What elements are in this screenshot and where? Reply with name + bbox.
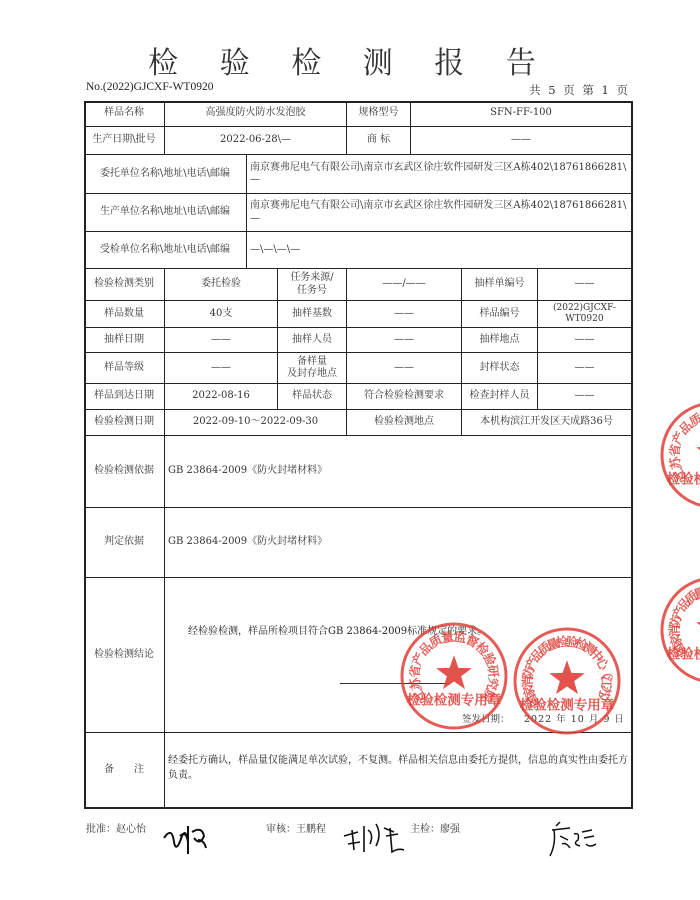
svg-text:国: 国	[670, 640, 689, 659]
sampling-form-no-label: 抽样单编号	[462, 269, 538, 301]
svg-text:品: 品	[676, 418, 696, 438]
conclusion-label: 检验检测结论	[84, 578, 165, 733]
sampling-date-label: 抽样日期	[84, 328, 165, 353]
sampling-place-label: 抽样地点	[462, 328, 538, 353]
backup-value: ——	[347, 353, 462, 384]
svg-text:产: 产	[669, 603, 688, 621]
sample-no-label: 样品编号	[462, 301, 538, 328]
spec-value: SFN-FF-100	[411, 101, 632, 127]
judge-basis-value: GB 23864-2009《防火封堵材料》	[165, 508, 632, 578]
seal-checker-value: ——	[538, 384, 632, 410]
arrival-date-label: 样品到达日期	[84, 384, 165, 410]
sample-qty-value: 40支	[165, 301, 278, 328]
inspector-label: 主检：廖强	[410, 820, 460, 835]
svg-text:检验检测专用章: 检验检测专用章	[667, 646, 700, 663]
sampling-date-value: ——	[165, 328, 278, 353]
sample-no-value: (2022)GJCXF-WT0920	[538, 301, 632, 328]
sampling-form-no-value: ——	[538, 269, 632, 301]
sample-state-label: 样品状态	[278, 384, 347, 410]
svg-text:家: 家	[667, 632, 685, 649]
svg-text:检验检测专用章: 检验检测专用章	[667, 471, 700, 488]
reviewer-signature	[340, 818, 415, 858]
sampling-place-value: ——	[538, 328, 632, 353]
svg-text:品: 品	[674, 594, 694, 614]
issue-date-label: 签发日期：	[462, 711, 510, 725]
sample-grade-label: 样品等级	[84, 353, 165, 384]
conclusion-area	[165, 578, 632, 733]
client-value: 南京赛弗尼电气有限公司\南京市玄武区徐庄软件园研发三区A栋402\1876186…	[247, 155, 632, 194]
svg-text:苏: 苏	[667, 455, 684, 471]
svg-text:江: 江	[670, 465, 690, 485]
spec-label: 规格型号	[347, 101, 411, 127]
test-date-label: 检验检测日期	[84, 410, 165, 436]
approver-label: 批准：赵心怡	[86, 820, 146, 835]
sampler-value: ——	[347, 328, 462, 353]
conclusion-text: 经检验检测，样品所检项目符合GB 23864-2009标准规定的要求。	[188, 622, 487, 637]
svg-text:质: 质	[682, 588, 700, 608]
sample-name-value: 高强度防火防水发泡胶	[165, 101, 347, 127]
sampling-base-label: 抽样基数	[278, 301, 347, 328]
arrival-date-value: 2022-08-16	[165, 384, 278, 410]
test-type-label: 检验检测类别	[84, 269, 165, 301]
inspected-unit-value: —\—\—\—	[247, 232, 632, 269]
task-source-label: 任务来源/任务号	[278, 269, 347, 301]
inspected-unit-label: 受检单位名称\地址\电话\邮编	[84, 232, 247, 269]
test-place-label: 检验检测地点	[347, 410, 462, 436]
sample-state-value: 符合检验检测要求	[347, 384, 462, 410]
production-date-label: 生产日期\批号	[84, 127, 165, 155]
sampler-label: 抽样人员	[278, 328, 347, 353]
signature-line	[340, 683, 450, 684]
client-label: 委托单位名称\地址\电话\邮编	[84, 155, 247, 194]
report-title: 检 验 检 测 报 告	[0, 38, 700, 82]
seal-checker-label: 检查封样人员	[462, 384, 538, 410]
svg-text:防: 防	[667, 613, 684, 629]
reviewer-label: 审核：王鹏程	[266, 820, 326, 835]
page-info: 共 5 页 第 1 页	[529, 82, 630, 98]
test-date-value: 2022-09-10～2022-09-30	[165, 410, 347, 436]
seal-status-value: ——	[538, 353, 632, 384]
issue-date: 2022 年 10 月 9 日	[524, 711, 625, 725]
svg-text:量: 量	[691, 584, 700, 603]
producer-value: 南京赛弗尼电气有限公司\南京市玄武区徐庄软件园研发三区A栋402\1876186…	[247, 194, 632, 232]
edge-seal-partial-1: 江苏省产品质量监督检验研究院检验检测专用章	[658, 395, 700, 515]
inspector-signature	[548, 818, 598, 858]
test-type-value: 委托检验	[165, 269, 278, 301]
sample-name-label: 样品名称	[84, 101, 165, 127]
sample-grade-value: ——	[165, 353, 278, 384]
approver-signature	[158, 818, 218, 858]
producer-label: 生产单位名称\地址\电话\邮编	[84, 194, 247, 232]
task-source-value: ——/——	[347, 269, 462, 301]
sample-qty-label: 样品数量	[84, 301, 165, 328]
report-number: No.(2022)GJCXF-WT0920	[86, 81, 213, 93]
edge-seal-partial-2: 国家消防产品质量检验检测中心（江苏）检验检测专用章	[658, 560, 700, 700]
seal-status-label: 封样状态	[462, 353, 538, 384]
brand-label: 商 标	[347, 127, 411, 155]
production-date-value: 2022-06-28\—	[165, 127, 347, 155]
svg-text:质: 质	[687, 410, 700, 429]
remarks-label: 备 注	[84, 733, 165, 808]
sampling-base-value: ——	[347, 301, 462, 328]
test-basis-label: 检验检测依据	[84, 436, 165, 508]
svg-text:产: 产	[669, 429, 688, 447]
backup-label: 备样量及封存地点	[278, 353, 347, 384]
remarks-text: 经委托方确认，样品量仅能满足单次试验，不复测。样品相关信息由委托方提供，信息的真…	[168, 754, 628, 783]
judge-basis-label: 判定依据	[84, 508, 165, 578]
test-place-value: 本机构滨江开发区天成路36号	[462, 410, 632, 436]
test-basis-value: GB 23864-2009《防火封堵材料》	[165, 436, 632, 508]
svg-text:省: 省	[667, 443, 683, 458]
svg-text:消: 消	[667, 624, 682, 637]
brand-value: ——	[411, 127, 632, 155]
